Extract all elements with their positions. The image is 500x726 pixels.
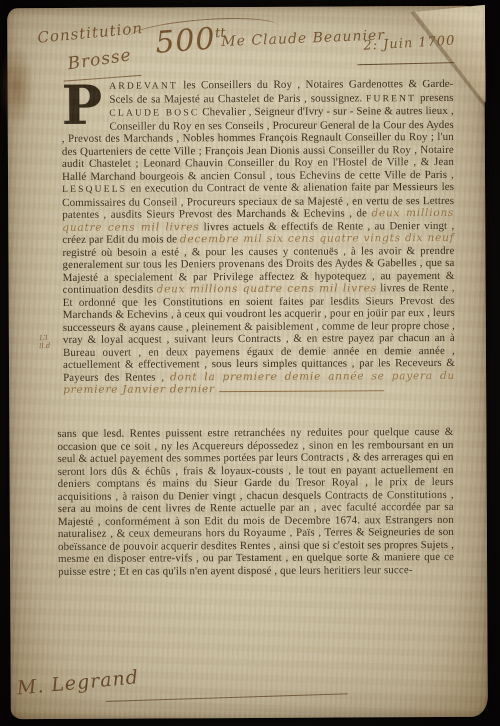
docket-title-handwriting: Constitution: [37, 19, 144, 47]
bottom-name-handwriting: M. Legrand: [16, 666, 140, 699]
bottom-underline: [106, 693, 348, 702]
document-page: Constitution Brosse 500tt Me Claude Beau…: [7, 6, 488, 719]
ink-stain: [0, 44, 34, 128]
segment-caps: LESQUELS: [62, 185, 127, 195]
margin-note-handwriting: 13 ll.d: [38, 334, 50, 351]
docket-word-handwriting: Brosse: [66, 45, 133, 74]
holder-name-handwriting: Me Claude Beaunier: [221, 27, 385, 50]
segment-caps: ARDEVANT: [109, 81, 178, 91]
date-underline: [357, 62, 454, 65]
printed-paragraph-1: PARDEVANT les Conseillers du Roy , Notai…: [62, 78, 456, 397]
amount-handwriting: 500tt: [154, 21, 227, 61]
segment-caps: FURENT: [366, 94, 416, 104]
amount-value: 500: [154, 21, 217, 60]
segment-caps: CLAUDE BOSC: [109, 108, 199, 118]
segment-hw: decembre mil six cens quatre vingts dix …: [180, 232, 454, 245]
margin-note-line2: ll.d: [39, 342, 51, 351]
segment-rule: [219, 382, 384, 392]
photo-of-antique-document: { "document_type": "Contract de constitu…: [0, 0, 500, 726]
segment-hw: deux millions quatre cens mil livres: [157, 282, 377, 295]
segment-text: presens: [416, 91, 454, 103]
segment-text: livres de Rente , Et ordonné que les Con…: [63, 282, 455, 384]
printed-paragraph-2: sans que lesd. Rentes puissent estre ret…: [57, 426, 454, 578]
segment-dropcap: P: [62, 80, 110, 127]
